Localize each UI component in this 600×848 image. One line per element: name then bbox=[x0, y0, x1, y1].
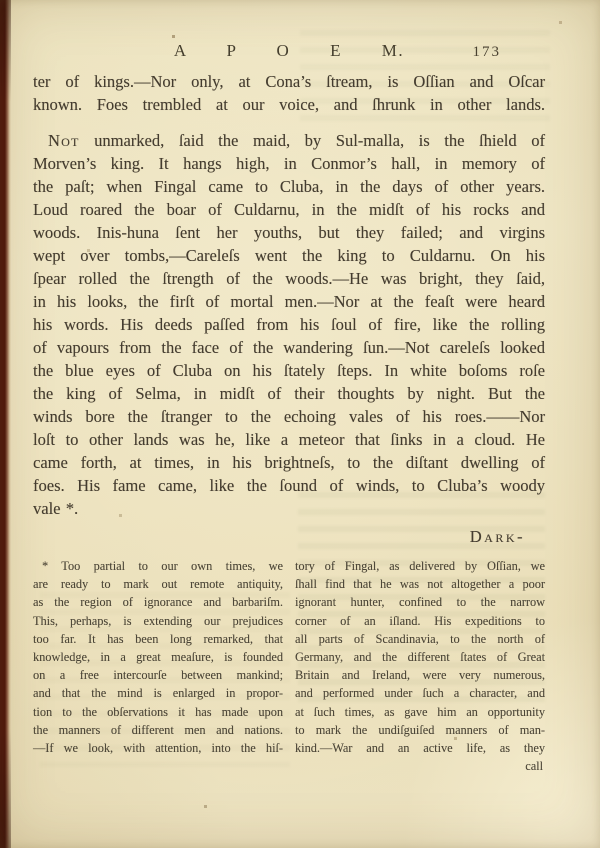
text-line: his words. His deeds paſſed from his ſou… bbox=[33, 313, 545, 336]
text-line: loſt to other lands was he, like a meteo… bbox=[33, 428, 545, 451]
footnote-line: tory of Fingal, as delivered by Oſſian, … bbox=[295, 557, 545, 575]
footnote-line: corner of an iſland. His expeditions to bbox=[295, 612, 545, 630]
text-line: woods. Inis-huna ſent her youths, but th… bbox=[33, 221, 545, 244]
footnote-line: —If we look, with attention, into the hi… bbox=[33, 739, 283, 757]
text-line: Not unmarked, ſaid the maid, by Sul-mall… bbox=[33, 129, 545, 152]
footnote-line: ſhall find that he was not altogether a … bbox=[295, 575, 545, 593]
text-line: known. Foes trembled at our voice, and ſ… bbox=[33, 93, 545, 116]
footnote-left-column: * Too partial to our own times, weare re… bbox=[33, 557, 283, 775]
page-title: A P O E M. bbox=[33, 41, 545, 61]
text-line: the blue eyes of Cluba on his ſtately ſt… bbox=[33, 359, 545, 382]
footnote-right-column: tory of Fingal, as delivered by Oſſian, … bbox=[295, 557, 545, 775]
text-line: ſpear rolled the ſtrength of the woods.—… bbox=[33, 267, 545, 290]
paragraph: Not unmarked, ſaid the maid, by Sul-mall… bbox=[33, 129, 545, 520]
line-text: unmarked, ſaid the maid, by Sul-malla, i… bbox=[80, 131, 545, 150]
footnote-right-lines: tory of Fingal, as delivered by Oſſian, … bbox=[295, 557, 545, 757]
page-header: A P O E M. 173 bbox=[33, 41, 545, 63]
footnote-line: on a free intercourſe between mankind; bbox=[33, 666, 283, 684]
footnote-line: This, perhaps, is extending our prejudic… bbox=[33, 612, 283, 630]
text-line: vale *. bbox=[33, 497, 545, 520]
footnote-line: the manners of different men and nations… bbox=[33, 721, 283, 739]
footnote-line: tion to the obſervations it has made upo… bbox=[33, 703, 283, 721]
text-line: the king of Selma, in midſt of their tho… bbox=[33, 382, 545, 405]
text-line: in his looks, the firſt of mortal men.—N… bbox=[33, 290, 545, 313]
text-line: ter of kings.—Nor only, at Cona’s ſtream… bbox=[33, 70, 545, 93]
footnote-line: too far. It has been long remarked, that bbox=[33, 630, 283, 648]
footnote-line: all parts of Scandinavia, to the north o… bbox=[295, 630, 545, 648]
footnote-line: Germany, and the different ſtates of Gre… bbox=[295, 648, 545, 666]
footnote-line: knowledge, in a great meaſure, is founde… bbox=[33, 648, 283, 666]
paragraph-continuation: ter of kings.—Nor only, at Cona’s ſtream… bbox=[33, 70, 545, 116]
footnote-line: as the region of ignorance and barbariſm… bbox=[33, 593, 283, 611]
book-page-scan: A P O E M. 173 ter of kings.—Nor only, a… bbox=[0, 0, 600, 848]
text-line: Loud roared the boar of Culdarnu, in the… bbox=[33, 198, 545, 221]
text-line: wept over tombs,—Careleſs went the king … bbox=[33, 244, 545, 267]
text-line: of vapours from the face of the wanderin… bbox=[33, 336, 545, 359]
footnote: * Too partial to our own times, weare re… bbox=[33, 557, 545, 775]
footnote-line: to mark the undiſguiſed manners of man- bbox=[295, 721, 545, 739]
text-line: the paſt; when Fingal came to Cluba, in … bbox=[33, 175, 545, 198]
footnote-catchword: call bbox=[295, 757, 545, 775]
footnote-line: ignorant hunter, confined to the narrow bbox=[295, 593, 545, 611]
text-line: winds bore the ſtranger to the echoing v… bbox=[33, 405, 545, 428]
main-text: ter of kings.—Nor only, at Cona’s ſtream… bbox=[33, 70, 545, 548]
binding-edge bbox=[0, 0, 11, 848]
lead-word: Not bbox=[48, 131, 80, 150]
footnote-line: * Too partial to our own times, we bbox=[33, 557, 283, 575]
footnote-line: are ready to mark out remote antiquity, bbox=[33, 575, 283, 593]
paragraph-lines: Morven’s king. It hangs high, in Conmor’… bbox=[33, 152, 545, 520]
footnote-line: and that the mind is enlarged in propor- bbox=[33, 684, 283, 702]
catchword: Dark- bbox=[33, 525, 545, 548]
footnote-line: Britain and Ireland, were very numerous, bbox=[295, 666, 545, 684]
footnote-line: and performed under ſuch a character, an… bbox=[295, 684, 545, 702]
page-number: 173 bbox=[473, 44, 502, 61]
footnote-line: kind.—War and an active life, as they bbox=[295, 739, 545, 757]
footnote-line: at ſuch times, as gave him an opportunit… bbox=[295, 703, 545, 721]
text-line: foes. His fame came, like the ſound of w… bbox=[33, 474, 545, 497]
text-line: came forth, at times, in his brightneſs,… bbox=[33, 451, 545, 474]
text-line: Morven’s king. It hangs high, in Conmor’… bbox=[33, 152, 545, 175]
